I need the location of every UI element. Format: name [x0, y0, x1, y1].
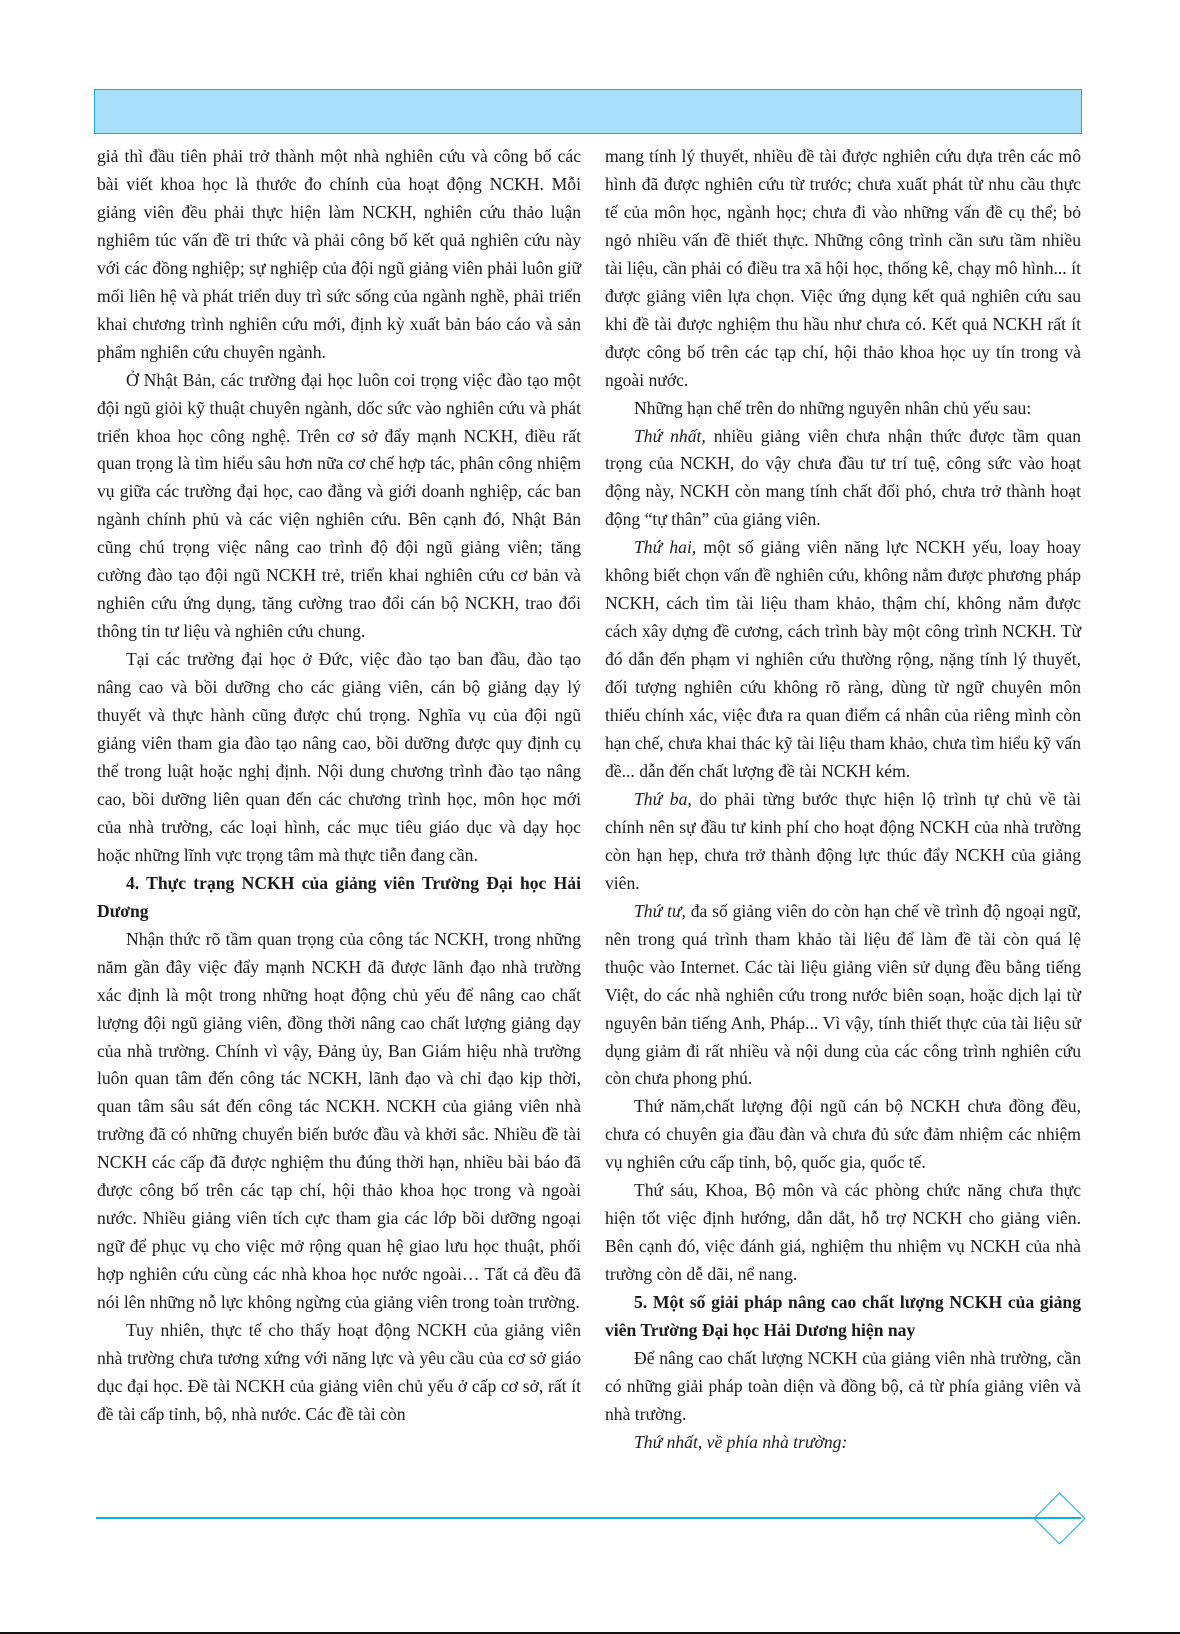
subheading-italic: Thứ nhất, về phía nhà trường: [634, 1432, 847, 1452]
paragraph: Thứ sáu, Khoa, Bộ môn và các phòng chức … [605, 1177, 1081, 1289]
paragraph: giả thì đầu tiên phải trở thành một nhà … [97, 143, 581, 367]
paragraph-body: một số giảng viên năng lực NCKH yếu, loa… [605, 537, 1081, 781]
paragraph: Thứ nhất, về phía nhà trường: [605, 1429, 1081, 1457]
section-heading-4: 4. Thực trạng NCKH của giảng viên Trường… [97, 870, 581, 926]
right-column: mang tính lý thuyết, nhiều đề tài được n… [605, 143, 1081, 1457]
page-diamond-icon [1033, 1492, 1085, 1544]
paragraph: Ở Nhật Bản, các trường đại học luôn coi … [97, 367, 581, 647]
paragraph: Thứ ba, do phải từng bước thực hiện lộ t… [605, 786, 1081, 898]
left-column: giả thì đầu tiên phải trở thành một nhà … [97, 143, 581, 1429]
paragraph: Tại các trường đại học ở Đức, việc đào t… [97, 646, 581, 870]
paragraph-lead: Thứ tư, [634, 901, 686, 921]
section-heading-5: 5. Một số giải pháp nâng cao chất lượng … [605, 1289, 1081, 1345]
paragraph: Thứ hai, một số giảng viên năng lực NCKH… [605, 534, 1081, 786]
paragraph: mang tính lý thuyết, nhiều đề tài được n… [605, 143, 1081, 395]
header-banner [94, 89, 1082, 134]
paragraph: Tuy nhiên, thực tế cho thấy hoạt động NC… [97, 1317, 581, 1429]
paragraph: Để nâng cao chất lượng NCKH của giảng vi… [605, 1345, 1081, 1429]
paragraph-body: đa số giảng viên do còn hạn chế về trình… [605, 901, 1081, 1089]
paragraph: Thứ năm,chất lượng đội ngũ cán bộ NCKH c… [605, 1093, 1081, 1177]
paragraph: Thứ nhất, nhiều giảng viên chưa nhận thứ… [605, 423, 1081, 535]
paragraph: Thứ tư, đa số giảng viên do còn hạn chế … [605, 898, 1081, 1094]
paragraph-lead: Thứ ba, [634, 789, 692, 809]
paragraph: Nhận thức rõ tầm quan trọng của công tác… [97, 926, 581, 1317]
paragraph-lead: Thứ hai, [634, 537, 696, 557]
paragraph: Những hạn chế trên do những nguyên nhân … [605, 395, 1081, 423]
paragraph-lead: Thứ nhất, [634, 426, 706, 446]
footer-rule [96, 1517, 1081, 1519]
